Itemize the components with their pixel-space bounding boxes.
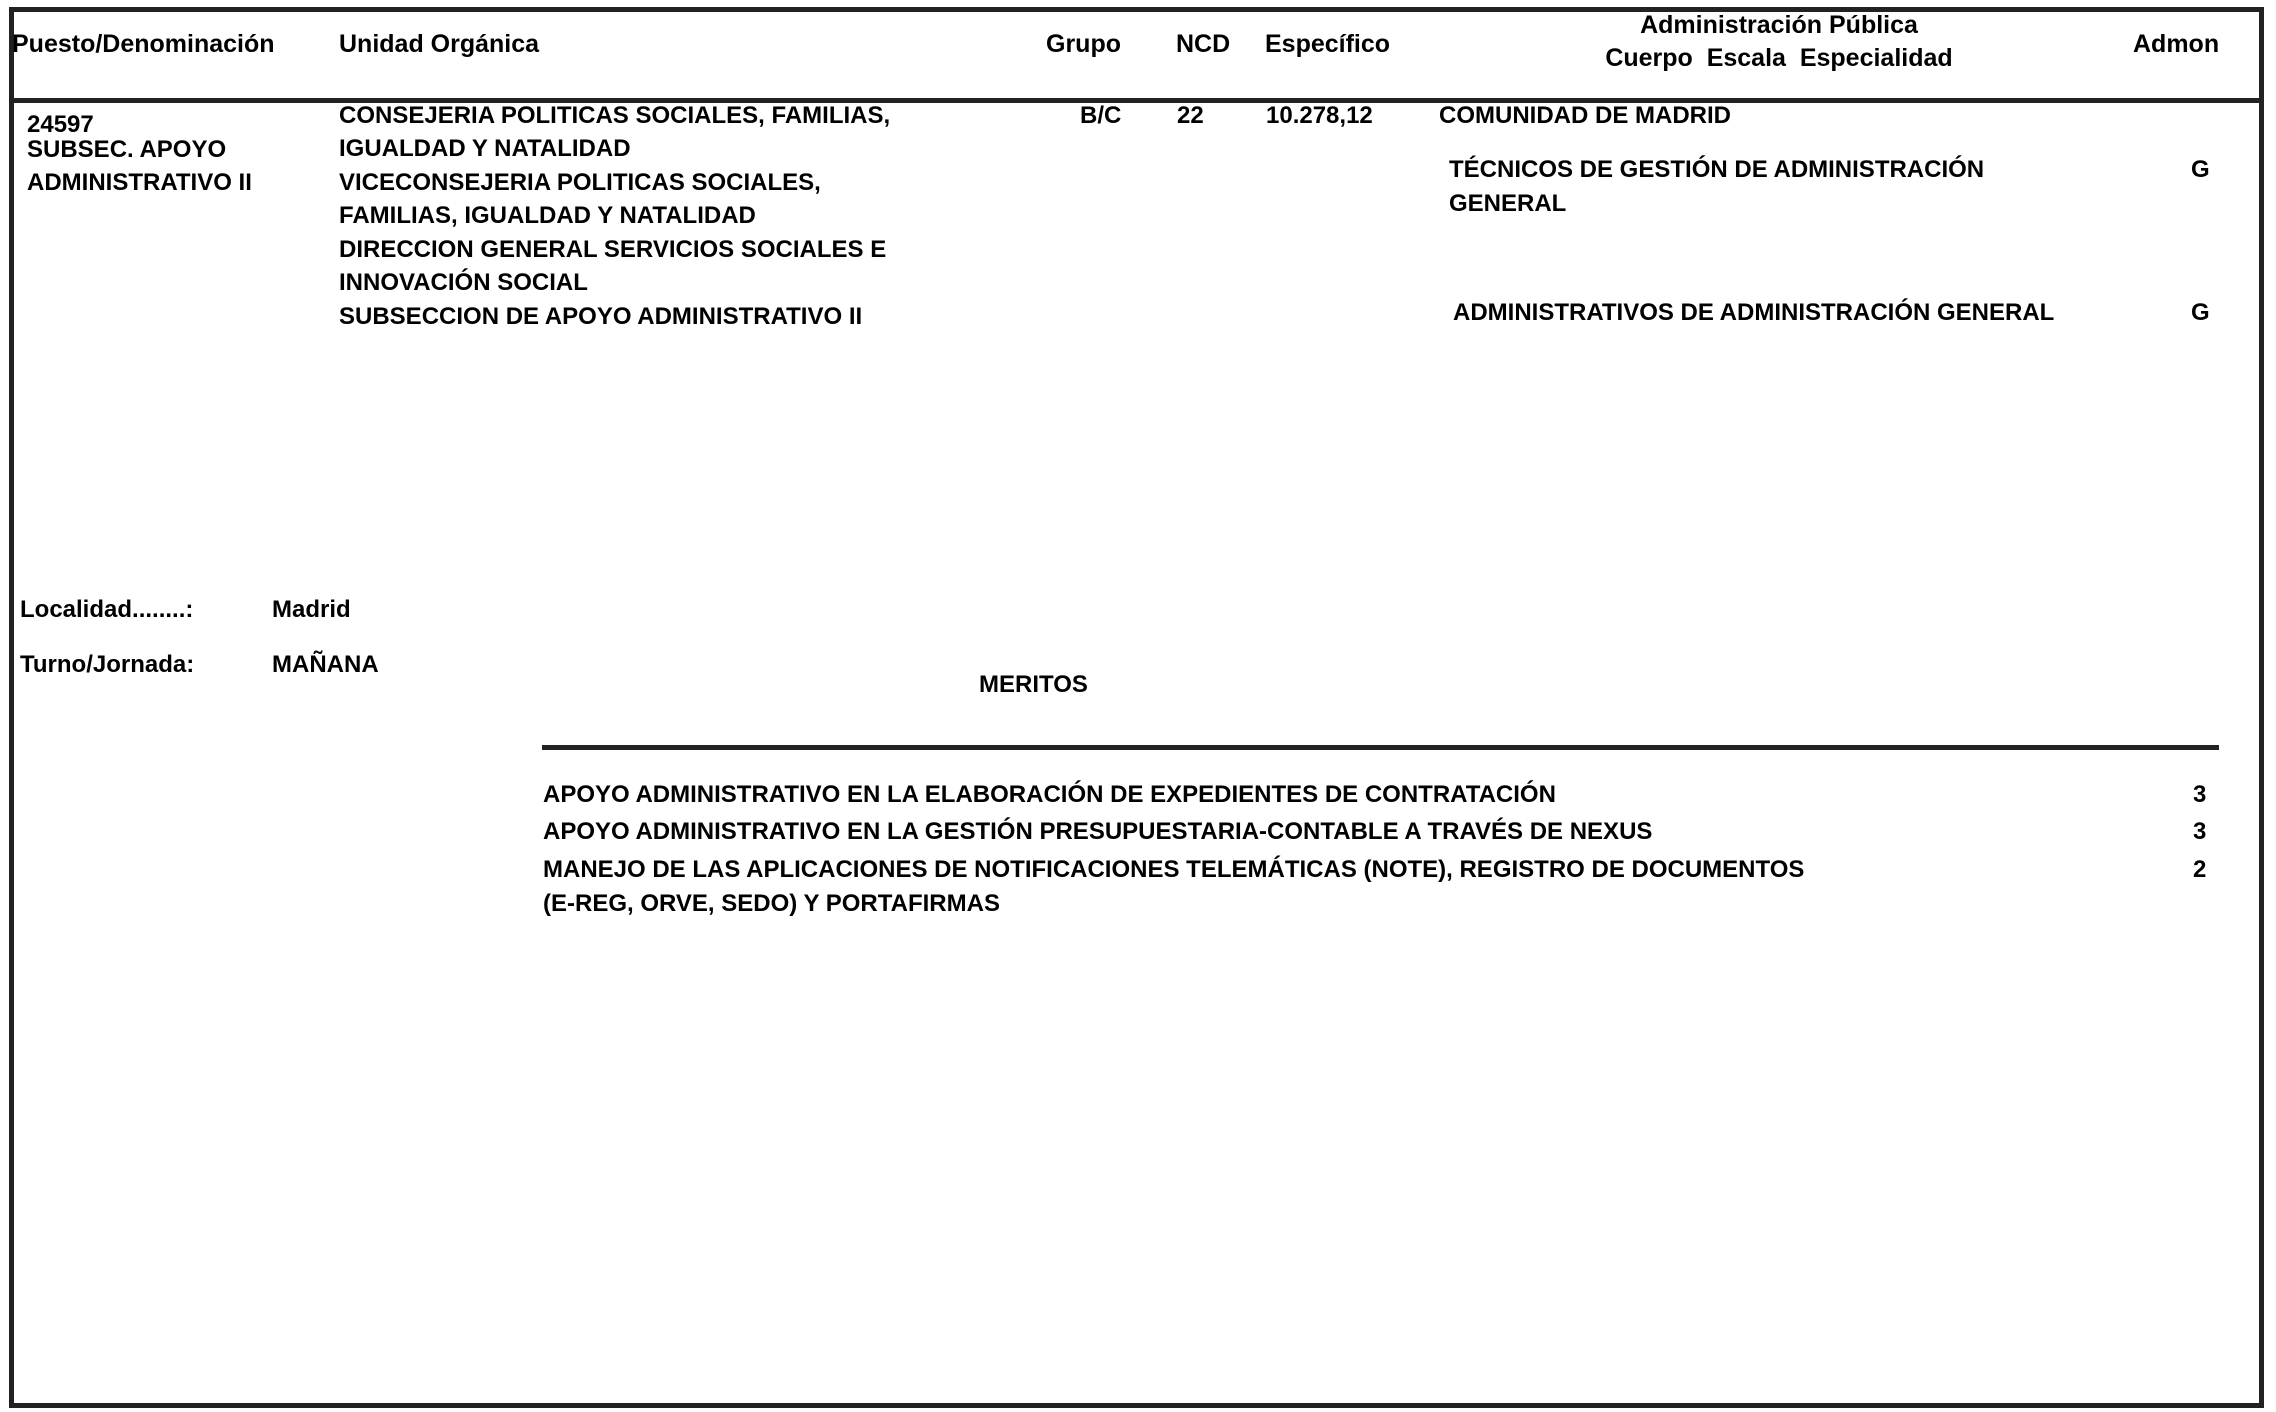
- unidad-line: SUBSECCION DE APOYO ADMINISTRATIVO II: [339, 305, 862, 329]
- cuerpo-line: GENERAL: [1449, 192, 1566, 216]
- localidad-label: Localidad........:: [20, 598, 193, 622]
- merito-points: 2: [2193, 858, 2206, 882]
- grupo-value: B/C: [1080, 104, 1121, 128]
- cuerpo-admon: G: [2191, 158, 2210, 182]
- turno-value: MAÑANA: [272, 653, 379, 677]
- merito-points: 3: [2193, 783, 2206, 807]
- unidad-line: DIRECCION GENERAL SERVICIOS SOCIALES E: [339, 238, 886, 262]
- ncd-value: 22: [1177, 104, 1204, 128]
- unidad-line: INNOVACIÓN SOCIAL: [339, 271, 588, 295]
- meritos-title: MERITOS: [979, 673, 1088, 697]
- header-cuerpo-escala-especialidad: Cuerpo Escala Especialidad: [1605, 46, 1952, 71]
- header-admon: Admon: [2133, 32, 2219, 57]
- unidad-line: VICECONSEJERIA POLITICAS SOCIALES,: [339, 171, 821, 195]
- puesto-name-line: SUBSEC. APOYO: [27, 138, 226, 162]
- header-unidad: Unidad Orgánica: [339, 32, 539, 57]
- header-grupo: Grupo: [1046, 32, 1121, 57]
- merito-line: (E-REG, ORVE, SEDO) Y PORTAFIRMAS: [543, 892, 1000, 916]
- administracion-value: COMUNIDAD DE MADRID: [1439, 104, 1731, 128]
- header-administracion-publica: Administración Pública: [1640, 13, 1918, 38]
- cuerpo-line: TÉCNICOS DE GESTIÓN DE ADMINISTRACIÓN: [1449, 158, 1984, 182]
- meritos-divider: [542, 745, 2219, 750]
- header-puesto: Puesto/Denominación: [12, 32, 275, 57]
- merito-line: APOYO ADMINISTRATIVO EN LA ELABORACIÓN D…: [543, 783, 1556, 807]
- unidad-line: IGUALDAD Y NATALIDAD: [339, 137, 631, 161]
- puesto-name-line: ADMINISTRATIVO II: [27, 171, 252, 195]
- puesto-code: 24597: [27, 113, 94, 137]
- especifico-value: 10.278,12: [1266, 104, 1373, 128]
- merito-line: APOYO ADMINISTRATIVO EN LA GESTIÓN PRESU…: [543, 820, 1652, 844]
- cuerpo-admon: G: [2191, 301, 2210, 325]
- header-ncd: NCD: [1176, 32, 1230, 57]
- header-especifico: Específico: [1265, 32, 1390, 57]
- localidad-value: Madrid: [272, 598, 351, 622]
- merito-line: MANEJO DE LAS APLICACIONES DE NOTIFICACI…: [543, 858, 1804, 882]
- unidad-line: CONSEJERIA POLITICAS SOCIALES, FAMILIAS,: [339, 104, 890, 128]
- merito-points: 3: [2193, 820, 2206, 844]
- cuerpo-line: ADMINISTRATIVOS DE ADMINISTRACIÓN GENERA…: [1453, 301, 2054, 325]
- turno-label: Turno/Jornada:: [20, 653, 194, 677]
- unidad-line: FAMILIAS, IGUALDAD Y NATALIDAD: [339, 204, 756, 228]
